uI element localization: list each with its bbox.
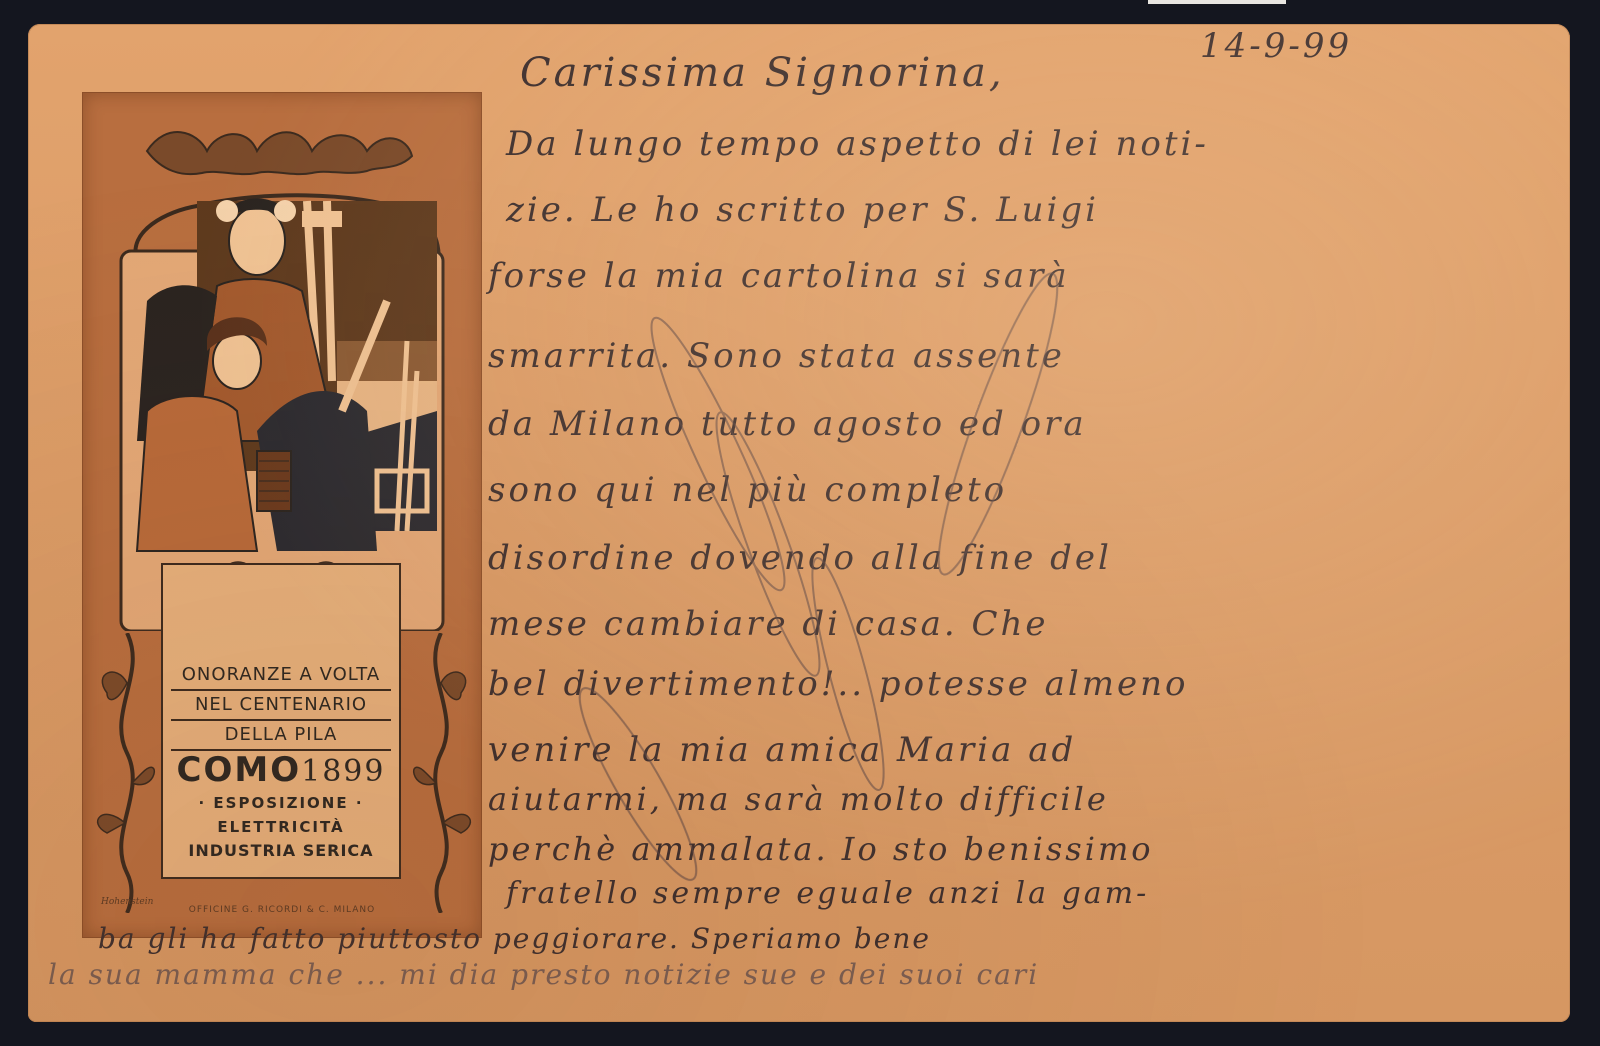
printer-credit: OFFICINE G. RICORDI & C. MILANO bbox=[83, 905, 481, 915]
art-nouveau-illustration bbox=[107, 111, 457, 631]
letter-line: zie. Le ho scritto per S. Luigi bbox=[506, 190, 1099, 230]
letter-line: fratello sempre eguale anzi la gam- bbox=[506, 876, 1149, 911]
letter-line: mese cambiare di casa. Che bbox=[488, 604, 1049, 644]
letter-line: perchè ammalata. Io sto benissimo bbox=[488, 830, 1154, 868]
plaque-line-6: ELETTRICITÀ bbox=[163, 815, 399, 839]
plaque-city-year: COMO1899 bbox=[163, 751, 399, 791]
letter-salutation: Carissima Signorina, bbox=[520, 50, 1005, 96]
plaque-line-3: DELLA PILA bbox=[171, 721, 391, 751]
letter-line: disordine dovendo alla fine del bbox=[488, 538, 1112, 578]
plaque-line-5: · ESPOSIZIONE · bbox=[163, 791, 399, 815]
illustration-artwork-icon bbox=[107, 111, 457, 631]
plaque-year: 1899 bbox=[301, 754, 385, 789]
illustration-panel: ONORANZE A VOLTA NEL CENTENARIO DELLA PI… bbox=[82, 92, 482, 938]
letter-line: aiutarmi, ma sarà molto difficile bbox=[488, 780, 1109, 818]
letter-line: forse la mia cartolina si sarà bbox=[488, 256, 1070, 296]
letter-line: Da lungo tempo aspetto di lei noti- bbox=[506, 124, 1209, 164]
letter-line: venire la mia amica Maria ad bbox=[488, 730, 1076, 770]
plaque-line-7: INDUSTRIA SERICA bbox=[163, 839, 399, 863]
letter-line: bel divertimento!.. potesse almeno bbox=[488, 664, 1189, 704]
postcard: ONORANZE A VOLTA NEL CENTENARIO DELLA PI… bbox=[28, 24, 1570, 1022]
letter-line: la sua mamma che ... mi dia presto notiz… bbox=[48, 958, 1039, 991]
plaque-line-1: ONORANZE A VOLTA bbox=[171, 661, 391, 691]
exhibition-plaque: ONORANZE A VOLTA NEL CENTENARIO DELLA PI… bbox=[161, 563, 401, 879]
album-tab-marker bbox=[1148, 0, 1286, 4]
letter-line: ba gli ha fatto piuttosto peggiorare. Sp… bbox=[98, 922, 931, 955]
right-foliage-icon bbox=[401, 633, 481, 913]
letter-date: 14-9-99 bbox=[1200, 26, 1352, 66]
letter-line: smarrita. Sono stata assente bbox=[488, 336, 1065, 376]
plaque-line-2: NEL CENTENARIO bbox=[171, 691, 391, 721]
letter-line: da Milano tutto agosto ed ora bbox=[488, 404, 1087, 444]
plaque-city: COMO bbox=[177, 750, 302, 790]
left-foliage-icon bbox=[87, 633, 167, 913]
letter-line: sono qui nel più completo bbox=[488, 470, 1007, 510]
